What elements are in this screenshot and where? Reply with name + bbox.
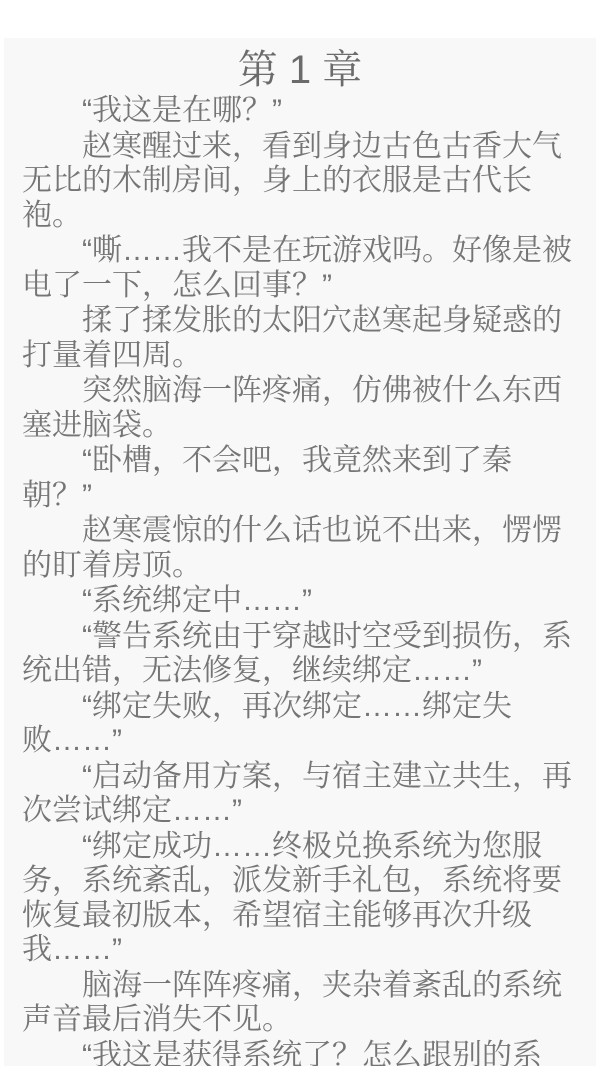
paragraph: “绑定成功……终极兑换系统为您服务，系统紊乱，派发新手礼包，系统将要恢复最初版本… bbox=[22, 830, 578, 968]
paragraph: “启动备用方案，与宿主建立共生，再次尝试绑定……” bbox=[22, 760, 578, 829]
paragraph: “我这是在哪？” bbox=[22, 94, 578, 129]
paragraph: “我这是获得系统了？怎么跟别的系 bbox=[22, 1039, 578, 1066]
paragraph: “卧槽，不会吧，我竟然来到了秦朝？” bbox=[22, 444, 578, 513]
paragraph: 脑海一阵阵疼痛，夹杂着紊乱的系统声音最后消失不见。 bbox=[22, 969, 578, 1038]
paragraph: “警告系统由于穿越时空受到损伤，系统出错，无法修复，继续绑定……” bbox=[22, 620, 578, 689]
paragraph: “系统绑定中……” bbox=[22, 584, 578, 619]
chapter-body: “我这是在哪？” 赵寒醒过来，看到身边古色古香大气无比的木制房间，身上的衣服是古… bbox=[4, 94, 596, 1066]
paragraph: 赵寒震惊的什么话也说不出来，愣愣的盯着房顶。 bbox=[22, 514, 578, 583]
paragraph: 突然脑海一阵疼痛，仿佛被什么东西塞进脑袋。 bbox=[22, 374, 578, 443]
paragraph: “绑定失败，再次绑定……绑定失败……” bbox=[22, 690, 578, 759]
paragraph: 赵寒醒过来，看到身边古色古香大气无比的木制房间，身上的衣服是古代长袍。 bbox=[22, 130, 578, 234]
paragraph: “嘶……我不是在玩游戏吗。好像是被电了一下，怎么回事？” bbox=[22, 234, 578, 303]
chapter-title: 第 1 章 bbox=[4, 38, 596, 92]
reader-frame: 第 1 章 “我这是在哪？” 赵寒醒过来，看到身边古色古香大气无比的木制房间，身… bbox=[0, 0, 600, 1066]
reading-area[interactable]: 第 1 章 “我这是在哪？” 赵寒醒过来，看到身边古色古香大气无比的木制房间，身… bbox=[4, 38, 596, 1066]
paragraph: 揉了揉发胀的太阳穴赵寒起身疑惑的打量着四周。 bbox=[22, 304, 578, 373]
